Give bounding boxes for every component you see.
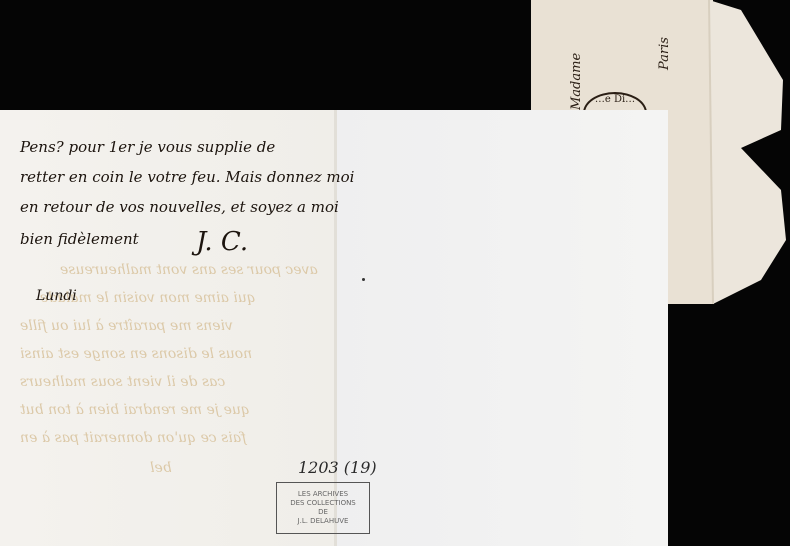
bleed-line: nous le disons en songe est ainsi <box>20 346 252 362</box>
ink-dot <box>362 278 365 281</box>
bleed-line: que je me rendrai bien à ton but <box>20 402 250 418</box>
archive-stamp: LES ARCHIVES DES COLLECTIONS DE J.L. DEL… <box>276 482 370 534</box>
envelope-address-right: Paris <box>657 37 672 70</box>
signature: J. C. <box>196 227 248 257</box>
envelope-address-left: Madame <box>569 53 584 110</box>
handwritten-line: bien fidèlement <box>20 230 139 248</box>
handwritten-line: en retour de vos nouvelles, et soyez a m… <box>20 198 339 216</box>
date-lundi: Lundi <box>36 288 77 304</box>
bleed-line: cas de il vient sous malheurs <box>20 374 225 390</box>
bleed-line: bel <box>150 460 172 476</box>
stamp-line: LES ARCHIVES <box>298 490 348 499</box>
handwritten-line: retter en coin le votre feu. Mais donnez… <box>20 168 354 186</box>
letter-sheet: avec pour ses ans vont malheureuse qui a… <box>0 110 668 546</box>
handwritten-line: Pens? pour 1er je vous supplie de <box>20 138 275 156</box>
stamp-line: DES COLLECTIONS <box>290 499 356 508</box>
bleed-line: viens me paraître à lui ou fille <box>20 318 233 334</box>
stamp-line: DE <box>318 508 328 517</box>
bleed-line: avec pour ses ans vont malheureuse <box>60 262 318 278</box>
stamp-line: J.L. DELAHUVE <box>298 517 349 526</box>
archive-number: 1203 (19) <box>298 458 377 477</box>
letter-right-page <box>336 110 668 546</box>
bleed-line: fais ce qu'on donnerait pas à en <box>20 430 246 446</box>
